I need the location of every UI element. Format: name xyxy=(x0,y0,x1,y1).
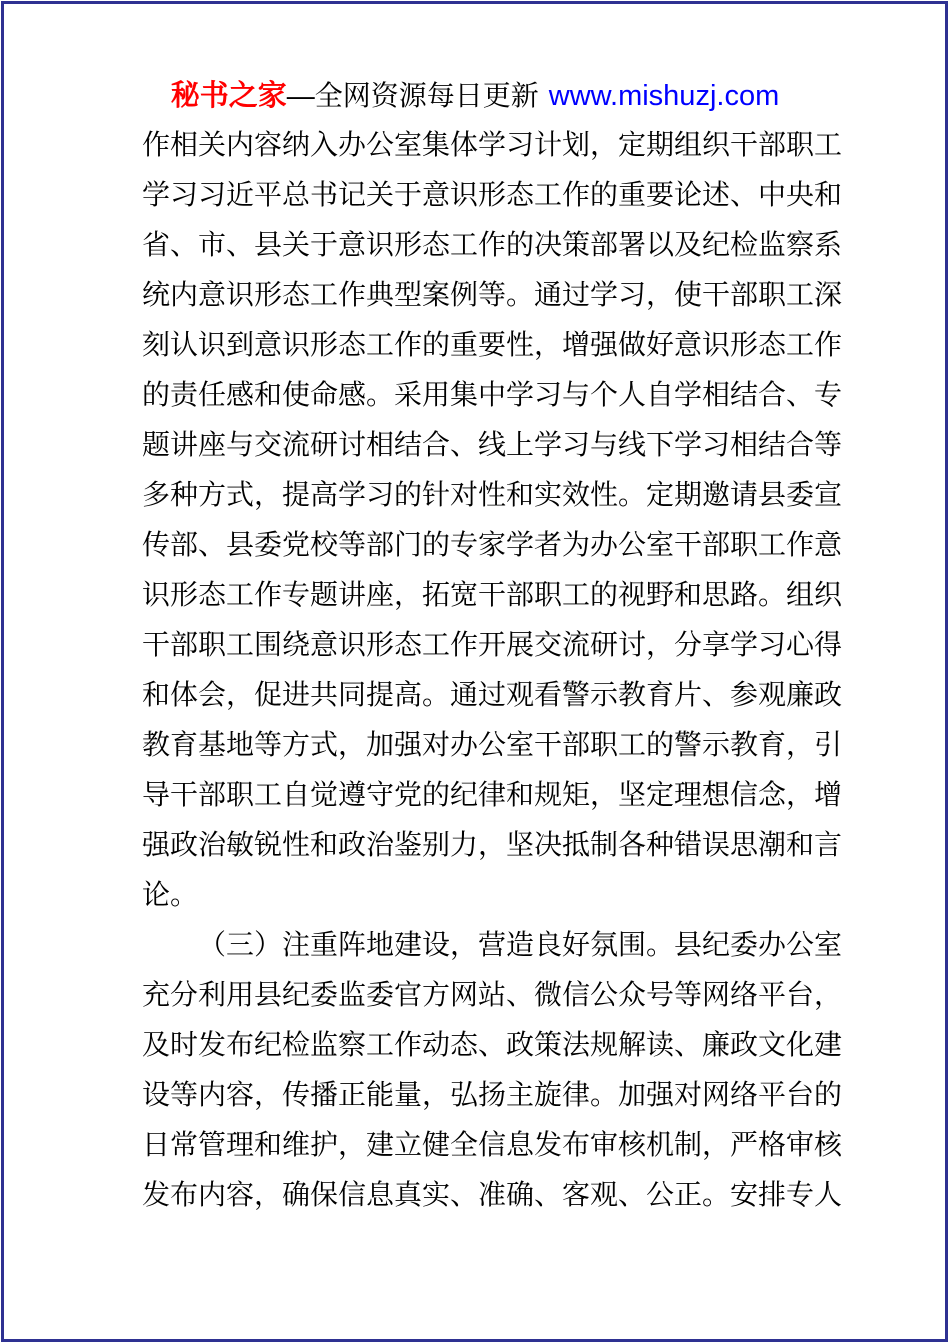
text-line: 及时发布纪检监察工作动态、政策法规解读、廉政文化建 xyxy=(142,1020,842,1070)
text-line: 题讲座与交流研讨相结合、线上学习与线下学习相结合等 xyxy=(142,420,842,470)
text-line: 的责任感和使命感。采用集中学习与个人自学相结合、专 xyxy=(142,370,842,420)
text-line: 省、市、县关于意识形态工作的决策部署以及纪检监察系 xyxy=(142,220,842,270)
text-line: 导干部职工自觉遵守党的纪律和规矩，坚定理想信念，增 xyxy=(142,770,842,820)
document-body: 作相关内容纳入办公室集体学习计划，定期组织干部职工 学习习近平总书记关于意识形态… xyxy=(142,120,842,1220)
text-line: 多种方式，提高学习的针对性和实效性。定期邀请县委宣 xyxy=(142,470,842,520)
text-line: 日常管理和维护，建立健全信息发布审核机制，严格审核 xyxy=(142,1120,842,1170)
text-line: 充分利用县纪委监委官方网站、微信公众号等网络平台， xyxy=(142,970,842,1020)
site-name: 秘书之家 xyxy=(171,80,287,112)
text-line: 统内意识形态工作典型案例等。通过学习，使干部职工深 xyxy=(142,270,842,320)
text-line: 作相关内容纳入办公室集体学习计划，定期组织干部职工 xyxy=(142,120,842,170)
text-line: 识形态工作专题讲座，拓宽干部职工的视野和思路。组织 xyxy=(142,570,842,620)
text-line: 学习习近平总书记关于意识形态工作的重要论述、中央和 xyxy=(142,170,842,220)
document-header: 秘书之家—全网资源每日更新www.mishuzj.com xyxy=(0,70,950,122)
text-line: 教育基地等方式，加强对办公室干部职工的警示教育，引 xyxy=(142,720,842,770)
text-line: 论。 xyxy=(142,870,842,920)
header-dash: — xyxy=(287,80,315,111)
text-line: 设等内容，传播正能量，弘扬主旋律。加强对网络平台的 xyxy=(142,1070,842,1120)
text-line: 强政治敏锐性和政治鉴别力，坚决抵制各种错误思潮和言 xyxy=(142,820,842,870)
text-line: 和体会，促进共同提高。通过观看警示教育片、参观廉政 xyxy=(142,670,842,720)
header-tagline: 全网资源每日更新 xyxy=(315,80,539,111)
text-line: 干部职工围绕意识形态工作开展交流研讨，分享学习心得 xyxy=(142,620,842,670)
text-line: 刻认识到意识形态工作的重要性，增强做好意识形态工作 xyxy=(142,320,842,370)
text-line: 发布内容，确保信息真实、准确、客观、公正。安排专人 xyxy=(142,1170,842,1220)
text-line: 传部、县委党校等部门的专家学者为办公室干部职工作意 xyxy=(142,520,842,570)
section-heading-line: （三）注重阵地建设，营造良好氛围。县纪委办公室 xyxy=(142,920,842,970)
site-url-link[interactable]: www.mishuzj.com xyxy=(549,80,779,112)
